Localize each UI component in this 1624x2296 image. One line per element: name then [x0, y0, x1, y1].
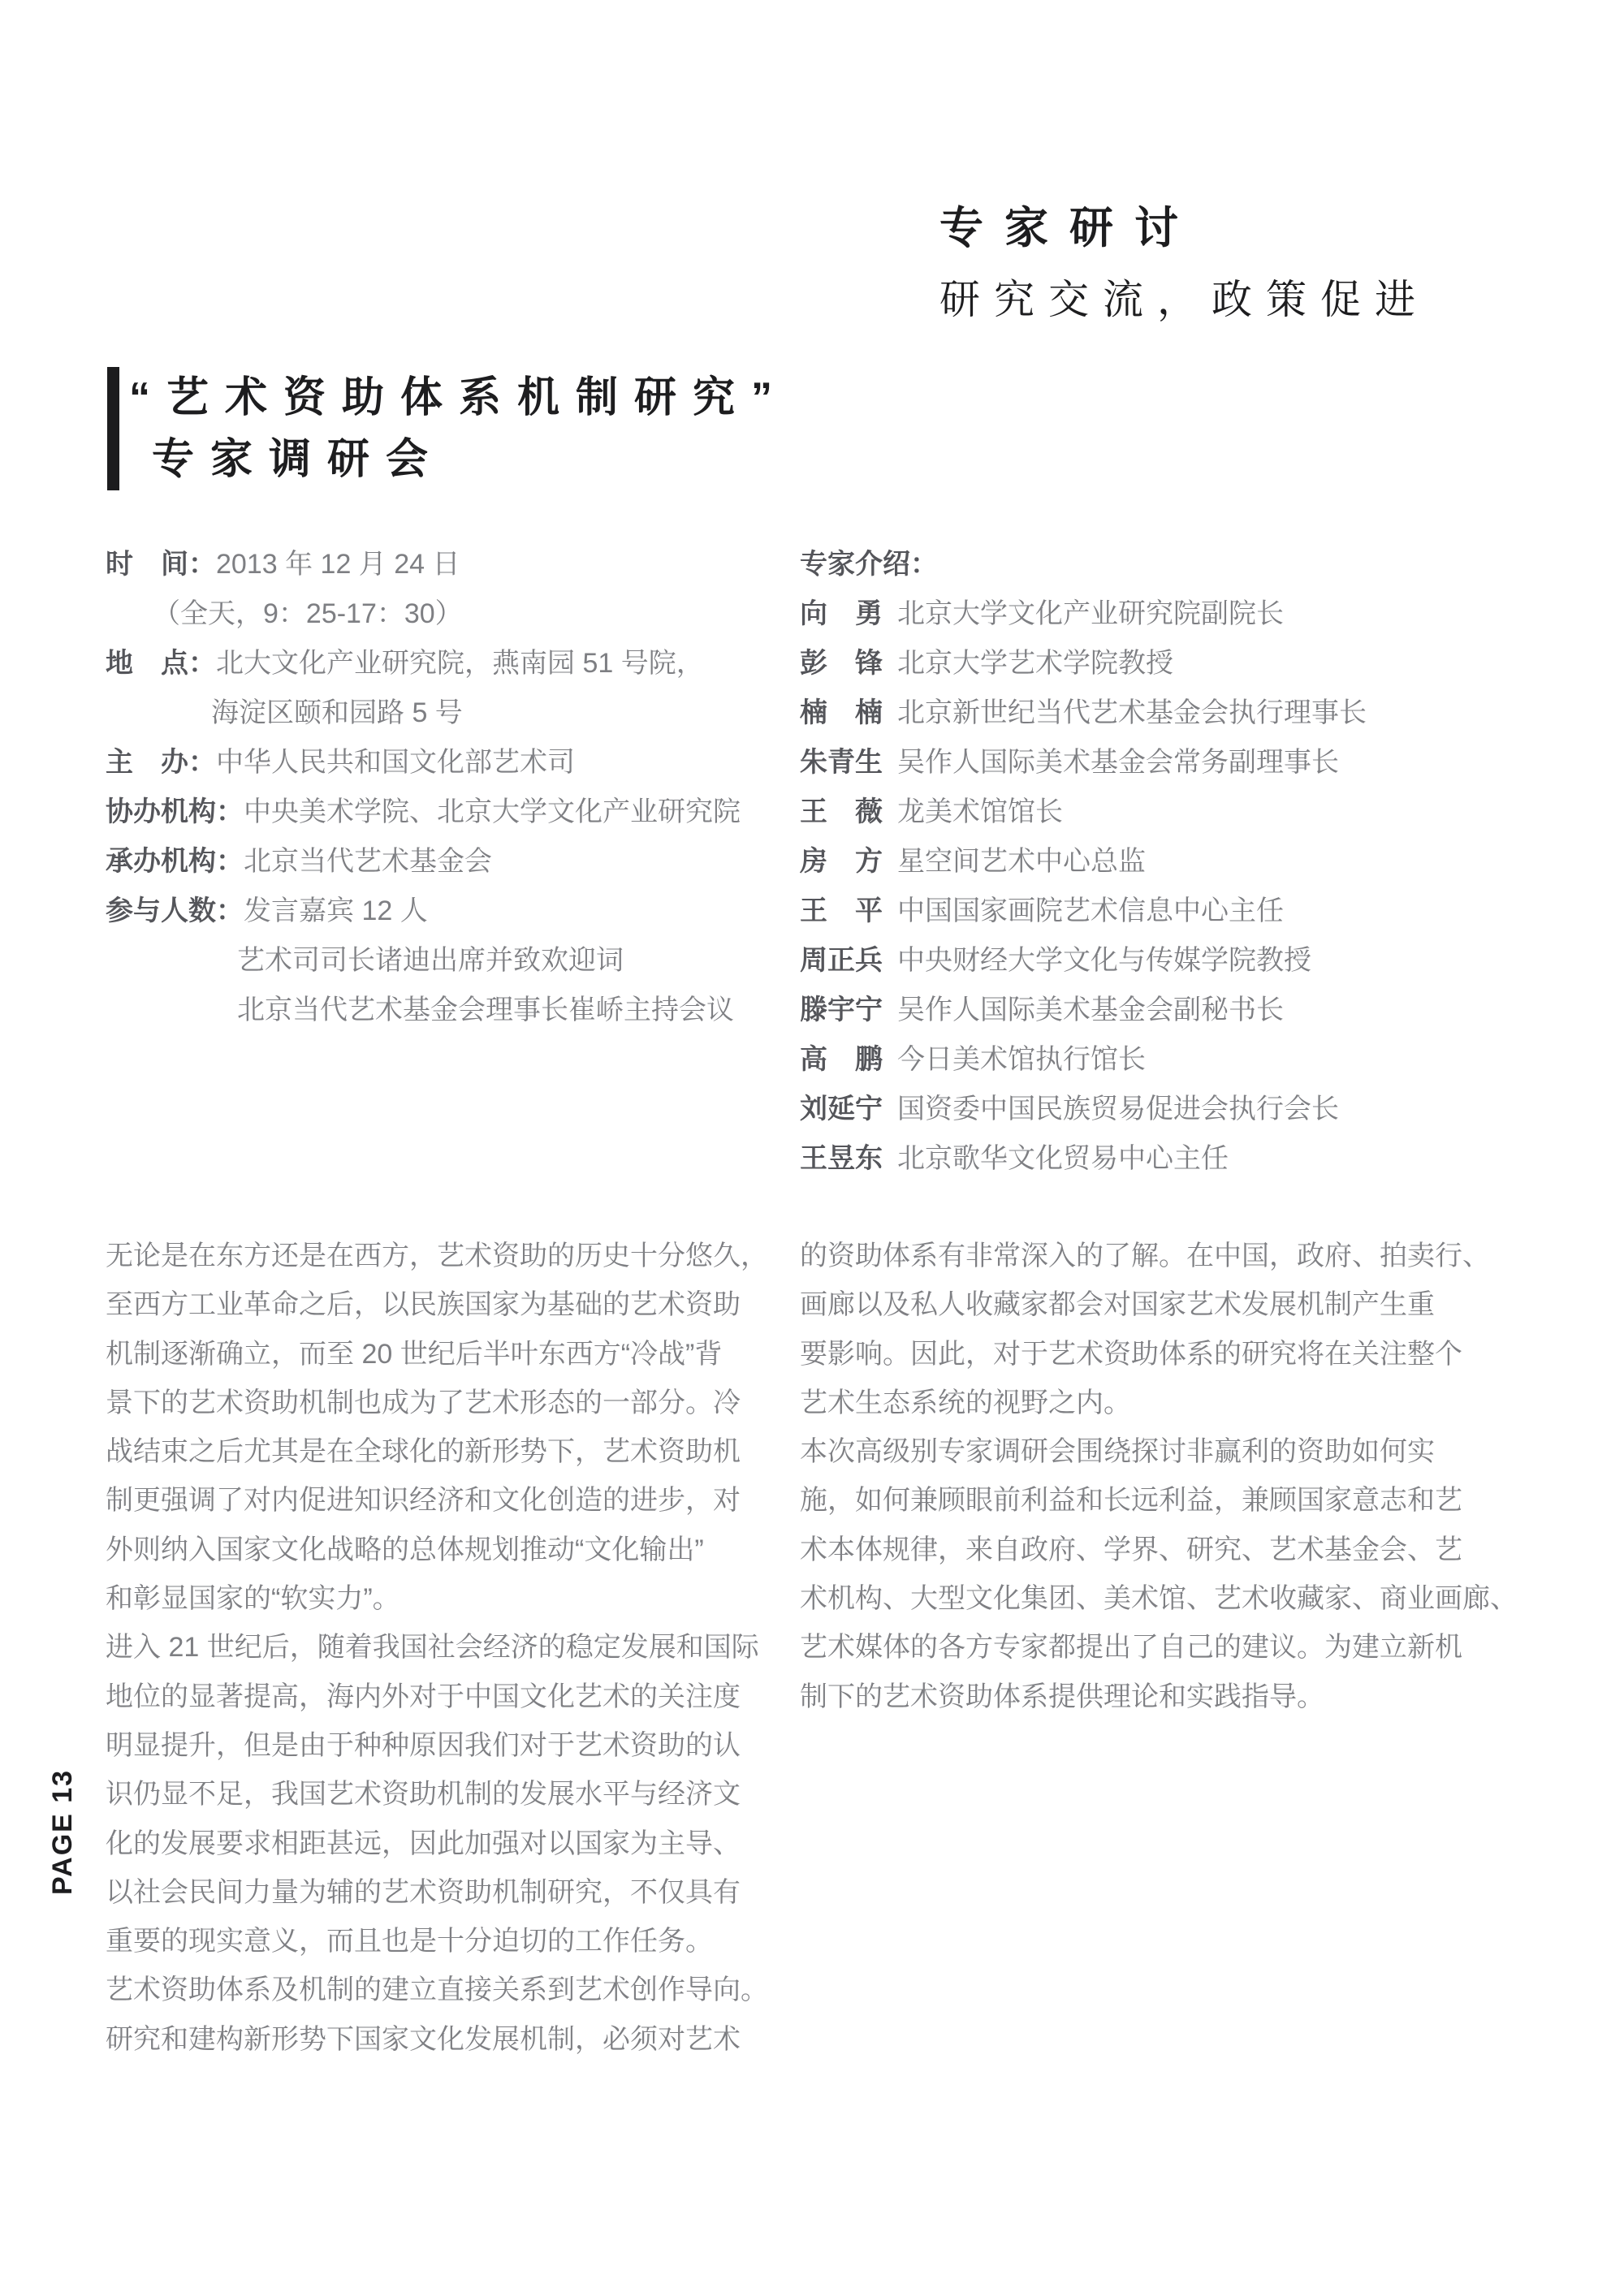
- expert-row: 房 方 星空间艺术中心总监: [800, 837, 1555, 887]
- expert-name: 彭 锋: [800, 639, 881, 688]
- expert-role: 国资委中国民族贸易促进会执行会长: [897, 1085, 1339, 1134]
- body-column-right: 的资助体系有非常深入的了解。在中国，政府、拍卖行、 画廊以及私人收藏家都会对国家…: [800, 1232, 1531, 1721]
- body-text-line: 研究和建构新形势下国家文化发展机制，必须对艺术: [106, 2015, 788, 2064]
- detail-value: 中央美术学院、北京大学文化产业研究院: [244, 788, 741, 837]
- expert-role: 吴作人国际美术基金会副秘书长: [897, 986, 1284, 1035]
- expert-row: 王昱东 北京歌华文化贸易中心主任: [800, 1134, 1555, 1184]
- body-text-line: 本次高级别专家调研会围绕探讨非赢利的资助如何实: [800, 1427, 1531, 1476]
- body-text-line: 画廊以及私人收藏家都会对国家艺术发展机制产生重: [800, 1280, 1531, 1329]
- section-title: 专家研讨: [939, 201, 1429, 255]
- detail-value: 北京当代艺术基金会: [244, 837, 492, 887]
- body-text-line: 机制逐渐确立，而至 20 世纪后半叶东西方“冷战”背: [106, 1330, 788, 1379]
- body-text-line: 术机构、大型文化集团、美术馆、艺术收藏家、商业画廊、: [800, 1574, 1531, 1623]
- detail-row: 地 点： 北大文化产业研究院，燕南园 51 号院，: [106, 639, 804, 688]
- body-text-line: 施，如何兼顾眼前利益和长远利益，兼顾国家意志和艺: [800, 1476, 1531, 1525]
- body-text-line: 重要的现实意义，而且也是十分迫切的工作任务。: [106, 1917, 788, 1966]
- expert-role: 中央财经大学文化与传媒学院教授: [897, 936, 1311, 986]
- detail-value: 2013 年 12 月 24 日: [216, 540, 460, 589]
- expert-row: 刘延宁 国资委中国民族贸易促进会执行会长: [800, 1085, 1555, 1134]
- event-details: 时 间： 2013 年 12 月 24 日 （全天，9：25-17：30） 地 …: [106, 540, 804, 1035]
- expert-row: 向 勇 北京大学文化产业研究院副院长: [800, 589, 1555, 639]
- page-title: “艺术资助体系机制研究” 专家调研会: [129, 367, 788, 490]
- detail-row: 参与人数： 发言嘉宾 12 人: [106, 887, 804, 936]
- body-text-line: 进入 21 世纪后，随着我国社会经济的稳定发展和国际: [106, 1623, 788, 1672]
- experts-heading: 专家介绍：: [800, 540, 1555, 589]
- detail-row: （全天，9：25-17：30）: [106, 589, 804, 639]
- expert-name: 高 鹏: [800, 1035, 881, 1085]
- expert-name: 王 薇: [800, 788, 881, 837]
- body-text-line: 要影响。因此，对于艺术资助体系的研究将在关注整个: [800, 1330, 1531, 1379]
- detail-row: 海淀区颐和园路 5 号: [106, 688, 804, 738]
- body-text-line: 景下的艺术资助机制也成为了艺术形态的一部分。冷: [106, 1379, 788, 1427]
- body-text-line: 艺术生态系统的视野之内。: [800, 1379, 1531, 1427]
- detail-row: 协办机构： 中央美术学院、北京大学文化产业研究院: [106, 788, 804, 837]
- expert-name: 楠 楠: [800, 688, 881, 738]
- expert-name: 房 方: [800, 837, 881, 887]
- detail-value: 北大文化产业研究院，燕南园 51 号院，: [216, 639, 704, 688]
- detail-row: 主 办： 中华人民共和国文化部艺术司: [106, 738, 804, 788]
- expert-name: 刘延宁: [800, 1085, 881, 1134]
- detail-value: 北京当代艺术基金会理事长崔峤主持会议: [237, 986, 734, 1035]
- section-subtitle: 研究交流，政策促进: [939, 274, 1429, 325]
- detail-row: 北京当代艺术基金会理事长崔峤主持会议: [106, 986, 804, 1035]
- expert-role: 北京大学艺术学院教授: [897, 639, 1173, 688]
- expert-name: 王昱东: [800, 1134, 881, 1184]
- detail-row: 时 间： 2013 年 12 月 24 日: [106, 540, 804, 589]
- expert-role: 北京大学文化产业研究院副院长: [897, 589, 1284, 639]
- experts-section: 专家介绍： 向 勇 北京大学文化产业研究院副院长 彭 锋 北京大学艺术学院教授 …: [800, 540, 1555, 1184]
- expert-name: 向 勇: [800, 589, 881, 639]
- expert-row: 楠 楠 北京新世纪当代艺术基金会执行理事长: [800, 688, 1555, 738]
- expert-row: 周正兵 中央财经大学文化与传媒学院教授: [800, 936, 1555, 986]
- expert-role: 中国国家画院艺术信息中心主任: [897, 887, 1284, 936]
- page-title-line-1: “艺术资助体系机制研究”: [129, 367, 788, 429]
- title-accent-bar: [107, 367, 119, 490]
- body-text-line: 和彰显国家的“软实力”。: [106, 1574, 788, 1623]
- expert-row: 滕宇宁 吴作人国际美术基金会副秘书长: [800, 986, 1555, 1035]
- magazine-page: 专家研讨 研究交流，政策促进 “艺术资助体系机制研究” 专家调研会 时 间： 2…: [0, 0, 1624, 2296]
- body-column-left: 无论是在东方还是在西方，艺术资助的历史十分悠久， 至西方工业革命之后，以民族国家…: [106, 1232, 788, 2064]
- page-number: PAGE 13: [47, 1769, 79, 1895]
- expert-name: 王 平: [800, 887, 881, 936]
- expert-role: 北京新世纪当代艺术基金会执行理事长: [897, 688, 1367, 738]
- detail-label: 地 点：: [106, 639, 216, 688]
- detail-label: 参与人数：: [106, 887, 244, 936]
- experts-list: 向 勇 北京大学文化产业研究院副院长 彭 锋 北京大学艺术学院教授 楠 楠 北京…: [800, 589, 1555, 1184]
- expert-name: 朱青生: [800, 738, 881, 788]
- detail-value: 海淀区颐和园路 5 号: [211, 688, 463, 738]
- expert-role: 星空间艺术中心总监: [897, 837, 1146, 887]
- detail-row: 艺术司司长诸迪出席并致欢迎词: [106, 936, 804, 986]
- body-text-line: 地位的显著提高，海内外对于中国文化艺术的关注度: [106, 1672, 788, 1721]
- body-text-line: 艺术资助体系及机制的建立直接关系到艺术创作导向。: [106, 1966, 788, 2014]
- expert-row: 王 平 中国国家画院艺术信息中心主任: [800, 887, 1555, 936]
- detail-label: 主 办：: [106, 738, 216, 788]
- body-text-line: 以社会民间力量为辅的艺术资助机制研究，不仅具有: [106, 1868, 788, 1917]
- expert-row: 彭 锋 北京大学艺术学院教授: [800, 639, 1555, 688]
- expert-role: 北京歌华文化贸易中心主任: [897, 1134, 1229, 1184]
- body-text-line: 至西方工业革命之后，以民族国家为基础的艺术资助: [106, 1280, 788, 1329]
- detail-label: 承办机构：: [106, 837, 244, 887]
- body-text-line: 制更强调了对内促进知识经济和文化创造的进步，对: [106, 1476, 788, 1525]
- body-text-line: 艺术媒体的各方专家都提出了自己的建议。为建立新机: [800, 1623, 1531, 1672]
- expert-role: 今日美术馆执行馆长: [897, 1035, 1146, 1085]
- expert-row: 王 薇 龙美术馆馆长: [800, 788, 1555, 837]
- detail-label: 时 间：: [106, 540, 216, 589]
- detail-value: 艺术司司长诸迪出席并致欢迎词: [237, 936, 624, 986]
- body-text-line: 的资助体系有非常深入的了解。在中国，政府、拍卖行、: [800, 1232, 1531, 1280]
- detail-label: 协办机构：: [106, 788, 244, 837]
- expert-name: 周正兵: [800, 936, 881, 986]
- expert-name: 滕宇宁: [800, 986, 881, 1035]
- body-text-line: 战结束之后尤其是在全球化的新形势下，艺术资助机: [106, 1427, 788, 1476]
- expert-row: 高 鹏 今日美术馆执行馆长: [800, 1035, 1555, 1085]
- article-title-block: “艺术资助体系机制研究” 专家调研会: [107, 367, 788, 490]
- body-text-line: 制下的艺术资助体系提供理论和实践指导。: [800, 1672, 1531, 1721]
- body-text-line: 识仍显不足，我国艺术资助机制的发展水平与经济文: [106, 1770, 788, 1819]
- expert-row: 朱青生 吴作人国际美术基金会常务副理事长: [800, 738, 1555, 788]
- body-text-line: 外则纳入国家文化战略的总体规划推动“文化输出”: [106, 1526, 788, 1574]
- body-text-line: 化的发展要求相距甚远，因此加强对以国家为主导、: [106, 1819, 788, 1868]
- detail-value: 发言嘉宾 12 人: [244, 887, 428, 936]
- expert-role: 吴作人国际美术基金会常务副理事长: [897, 738, 1339, 788]
- detail-row: 承办机构： 北京当代艺术基金会: [106, 837, 804, 887]
- body-text-line: 无论是在东方还是在西方，艺术资助的历史十分悠久，: [106, 1232, 788, 1280]
- body-text-line: 术本体规律，来自政府、学界、研究、艺术基金会、艺: [800, 1526, 1531, 1574]
- section-header: 专家研讨 研究交流，政策促进: [939, 201, 1429, 325]
- page-title-line-2: 专家调研会: [129, 429, 788, 490]
- body-text-line: 明显提升，但是由于种种原因我们对于艺术资助的认: [106, 1721, 788, 1770]
- detail-value: （全天，9：25-17：30）: [153, 589, 463, 639]
- expert-role: 龙美术馆馆长: [897, 788, 1063, 837]
- detail-value: 中华人民共和国文化部艺术司: [216, 738, 575, 788]
